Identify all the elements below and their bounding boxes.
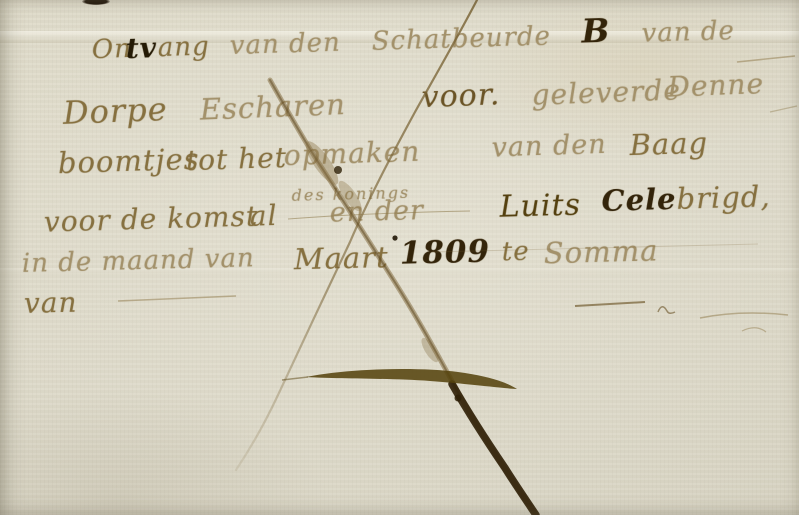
word-baag: Baag — [629, 126, 708, 162]
word-van-den: van den — [229, 28, 341, 61]
word-voor-de-komst: voor de komst — [43, 199, 258, 238]
word-escharen: Escharen — [199, 87, 346, 127]
word-van-de: van de — [641, 16, 735, 49]
word-celebrigd-dark: Cele — [601, 182, 677, 218]
word-ontvang-bold: tv — [125, 31, 157, 65]
signature — [0, 379, 799, 449]
word-tot-het: tot het — [185, 141, 287, 177]
word-geleverde: geleverde — [531, 73, 681, 112]
ink-mark-top-edge — [82, 0, 110, 5]
word-schatbeurder: Schatbeurde — [371, 21, 551, 56]
underline-smear-tail — [282, 377, 308, 380]
word-b-initial: B — [581, 11, 611, 51]
word-celebrigd-light: brigd, — [676, 179, 771, 216]
word-van-den-2: van den — [491, 129, 607, 164]
word-celebrigd: Celebrigd, — [601, 179, 771, 218]
word-luits: Luits — [499, 187, 581, 224]
word-en-der: en der — [329, 195, 424, 229]
word-ontvang-end: ang — [157, 32, 210, 64]
word-dorpe: Dorpe — [62, 90, 168, 132]
word-voor: voor. — [421, 77, 501, 115]
word-denne: Denne — [667, 67, 765, 104]
word-al: al — [249, 199, 278, 233]
manuscript-page: On tv ang van den Schatbeurde B van de D… — [0, 0, 799, 515]
word-boomtjes: boomtjes — [57, 142, 200, 180]
word-opmaken: opmaken — [283, 135, 421, 172]
